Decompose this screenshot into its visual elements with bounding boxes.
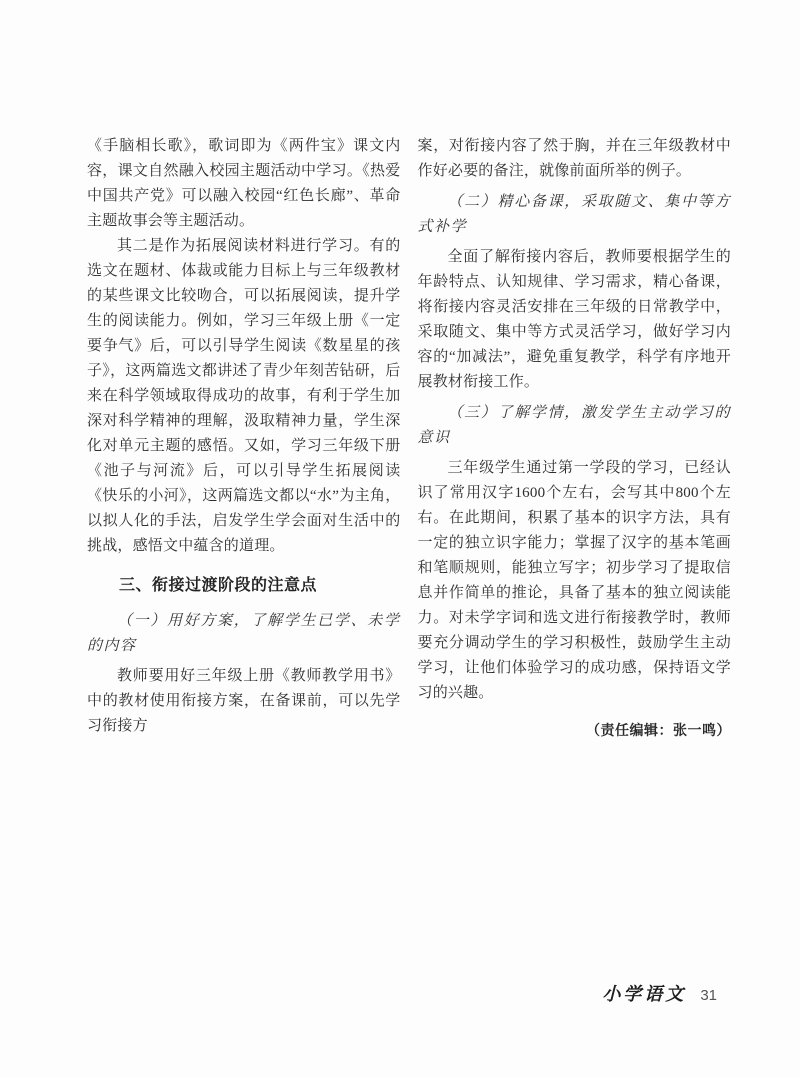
- editor-credit: （责任编辑：张一鸣）: [418, 720, 732, 740]
- subheading-use-plan: （一）用好方案，了解学生已学、未学的内容: [87, 609, 401, 659]
- two-column-layout: 《手脑相长歌》，歌词即为《两件宝》课文内容，课文自然融入校园主题活动中学习。《热…: [87, 134, 731, 740]
- journal-name: 小学语文: [602, 984, 686, 1004]
- magazine-page: 《手脑相长歌》，歌词即为《两件宝》课文内容，课文自然融入校园主题活动中学习。《热…: [0, 0, 800, 1077]
- right-column: 案，对衔接内容了然于胸，并在三年级教材中作好必要的备注，就像前面所举的例子。 （…: [418, 134, 732, 740]
- left-column: 《手脑相长歌》，歌词即为《两件宝》课文内容，课文自然融入校园主题活动中学习。《热…: [87, 134, 401, 740]
- paragraph-lesson-prep: 全面了解衔接内容后，教师要根据学生的年龄特点、认知规律、学习需求，精心备课，将衔…: [418, 245, 732, 395]
- subheading-understand-students: （三）了解学情，激发学生主动学习的意识: [418, 401, 732, 451]
- page-number: 31: [700, 987, 717, 1004]
- paragraph-songs-continued: 《手脑相长歌》，歌词即为《两件宝》课文内容，课文自然融入校园主题活动中学习。《热…: [87, 134, 401, 234]
- section-heading-transition-notes: 三、衔接过渡阶段的注意点: [87, 572, 401, 600]
- paragraph-teacher-guide: 教师要用好三年级上册《教师教学用书》中的教材使用衔接方案，在备课前，可以先学习衔…: [87, 664, 401, 739]
- page-footer: 小学语文 31: [87, 980, 717, 1006]
- paragraph-teacher-guide-continued: 案，对衔接内容了然于胸，并在三年级教材中作好必要的备注，就像前面所举的例子。: [418, 134, 732, 184]
- paragraph-expanded-reading: 其二是作为拓展阅读材料进行学习。有的选文在题材、体裁或能力目标上与三年级教材的某…: [87, 234, 401, 559]
- subheading-careful-lesson-prep: （二）精心备课，采取随文、集中等方式补学: [418, 190, 732, 240]
- paragraph-student-learning: 三年级学生通过第一学段的学习，已经认识了常用汉字1600个左右，会写其中800个…: [418, 456, 732, 706]
